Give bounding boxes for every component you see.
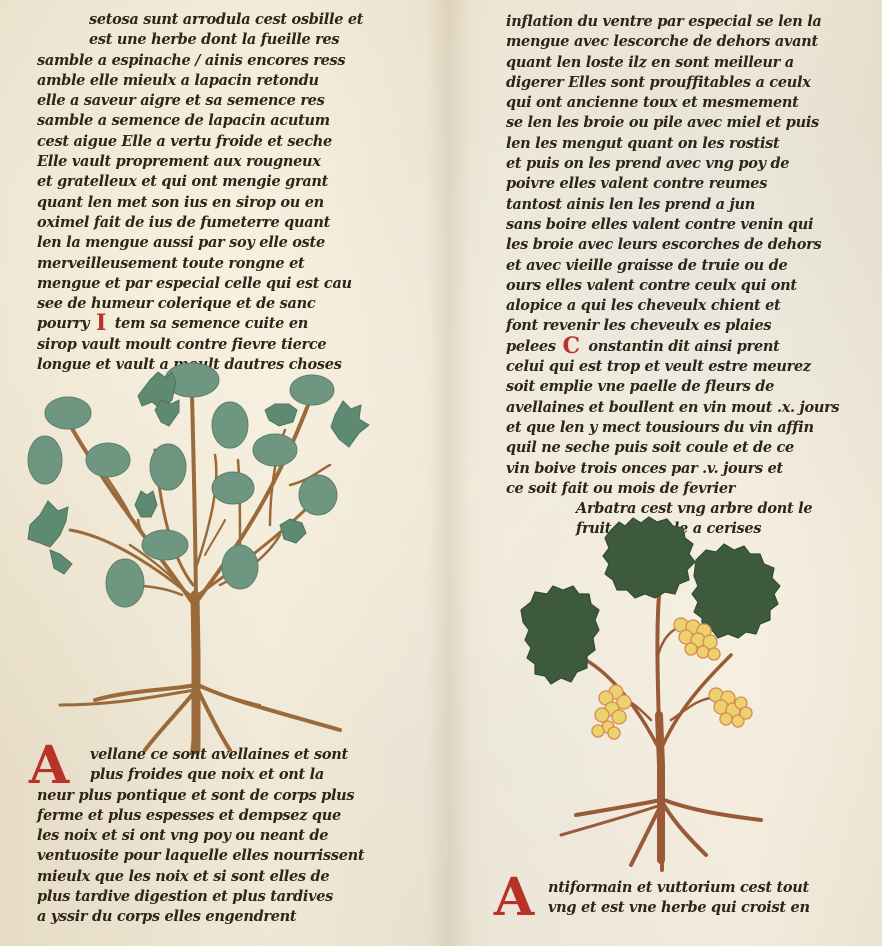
text-line-with-rubric: pourry I tem sa semence cuite en: [37, 314, 363, 334]
text-line: sans boire elles valent contre venin qui: [506, 215, 839, 235]
text-line: est une herbe dont la fueille res: [37, 30, 363, 50]
left-bottom-text: vellane ce sont avellaines et sont plus …: [37, 745, 364, 928]
text-line: ce soit fait ou mois de fevrier: [506, 479, 839, 499]
text-line: elle a saveur aigre et sa semence res: [37, 91, 363, 111]
text-line: vellane ce sont avellaines et sont: [37, 745, 364, 765]
text-line: les broie avec leurs escorches de dehors: [506, 235, 839, 255]
text-fragment: tem sa semence cuite en: [115, 315, 308, 332]
text-line: a yssir du corps elles engendrent: [37, 907, 364, 927]
rubric-initial-a-right: A: [489, 872, 539, 924]
text-line: et gratelleux et qui ont mengie grant: [37, 172, 363, 192]
text-line: ntiformain et vuttorium cest tout: [548, 878, 810, 898]
text-line: samble a espinache / ainis encores ress: [37, 51, 363, 71]
text-line: neur plus pontique et sont de corps plus: [37, 786, 364, 806]
text-line: mengue avec lescorche de dehors avant: [506, 32, 839, 52]
text-line: et que len y mect tousiours du vin affin: [506, 418, 839, 438]
hazelnut-tree-icon: [10, 355, 400, 755]
text-line: samble a semence de lapacin acutum: [37, 111, 363, 131]
text-line: ferme et plus espesses et dempsez que: [37, 806, 364, 826]
text-line: alopice a qui les cheveulx chient et: [506, 296, 839, 316]
text-fragment: onstantin dit ainsi prent: [588, 338, 779, 355]
text-line: quil ne seche puis soit coule et de ce: [506, 438, 839, 458]
text-line: sirop vault moult contre fievre tierce: [37, 335, 363, 355]
text-line: quant len loste ilz en sont meilleur a: [506, 53, 839, 73]
text-line: et puis on les prend avec vng poy de: [506, 154, 839, 174]
text-line: inflation du ventre par especial se len …: [506, 12, 839, 32]
text-line: ours elles valent contre ceulx qui ont: [506, 276, 839, 296]
text-line: amble elle mieulx a lapacin retondu: [37, 71, 363, 91]
text-line: oximel fait de ius de fumeterre quant: [37, 213, 363, 233]
text-line-with-rubric: pelees C onstantin dit ainsi prent: [506, 337, 839, 357]
arbatra-plant-icon: [516, 515, 836, 875]
text-line: ventuosite pour laquelle elles nourrisse…: [37, 846, 364, 866]
text-line: vin boive trois onces par .v. jours et: [506, 459, 839, 479]
text-line: merveilleusement toute rongne et: [37, 254, 363, 274]
text-line: et avec vieille graisse de truie ou de: [506, 256, 839, 276]
text-line: mieulx que les noix et si sont elles de: [37, 867, 364, 887]
text-line: se len les broie ou pile avec miel et pu…: [506, 113, 839, 133]
text-line: plus froides que noix et ont la: [37, 765, 364, 785]
arbatra-plant-illustration: [516, 515, 836, 875]
text-line: Elle vault proprement aux rougneux: [37, 152, 363, 172]
rubric-initial-c: C: [562, 337, 579, 355]
right-top-text: inflation du ventre par especial se len …: [506, 12, 839, 540]
text-line: quant len met son ius en sirop ou en: [37, 193, 363, 213]
text-line: plus tardive digestion et plus tardives: [37, 887, 364, 907]
text-fragment: pourry: [37, 315, 89, 332]
text-line: poivre elles valent contre reumes: [506, 174, 839, 194]
text-fragment: pelees: [506, 338, 556, 355]
text-line: digerer Elles sont prouffitables a ceulx: [506, 73, 839, 93]
text-line: mengue et par especial celle qui est cau: [37, 274, 363, 294]
text-line: avellaines et boullent en vin mout .x. j…: [506, 398, 839, 418]
text-line: len la mengue aussi par soy elle oste: [37, 233, 363, 253]
hazelnut-tree-illustration: [10, 355, 400, 755]
page-gutter: [430, 0, 470, 946]
text-line: font revenir les cheveulx es plaies: [506, 316, 839, 336]
text-line: soit emplie vne paelle de fleurs de: [506, 377, 839, 397]
left-top-text: setosa sunt arrodula cest osbille et est…: [37, 10, 363, 375]
text-line: setosa sunt arrodula cest osbille et: [37, 10, 363, 30]
text-line: celui qui est trop et veult estre meurez: [506, 357, 839, 377]
text-line: see de humeur colerique et de sanc: [37, 294, 363, 314]
text-line: tantost ainis len les prend a jun: [506, 195, 839, 215]
rubric-initial-i: I: [96, 314, 106, 332]
text-line: len les mengut quant on les rostist: [506, 134, 839, 154]
right-bottom-text: ntiformain et vuttorium cest tout vng et…: [548, 878, 810, 919]
text-line: les noix et si ont vng poy ou neant de: [37, 826, 364, 846]
text-line: cest aigue Elle a vertu froide et seche: [37, 132, 363, 152]
text-line: vng et est vne herbe qui croist en: [548, 898, 810, 918]
text-line: qui ont ancienne toux et mesmement: [506, 93, 839, 113]
